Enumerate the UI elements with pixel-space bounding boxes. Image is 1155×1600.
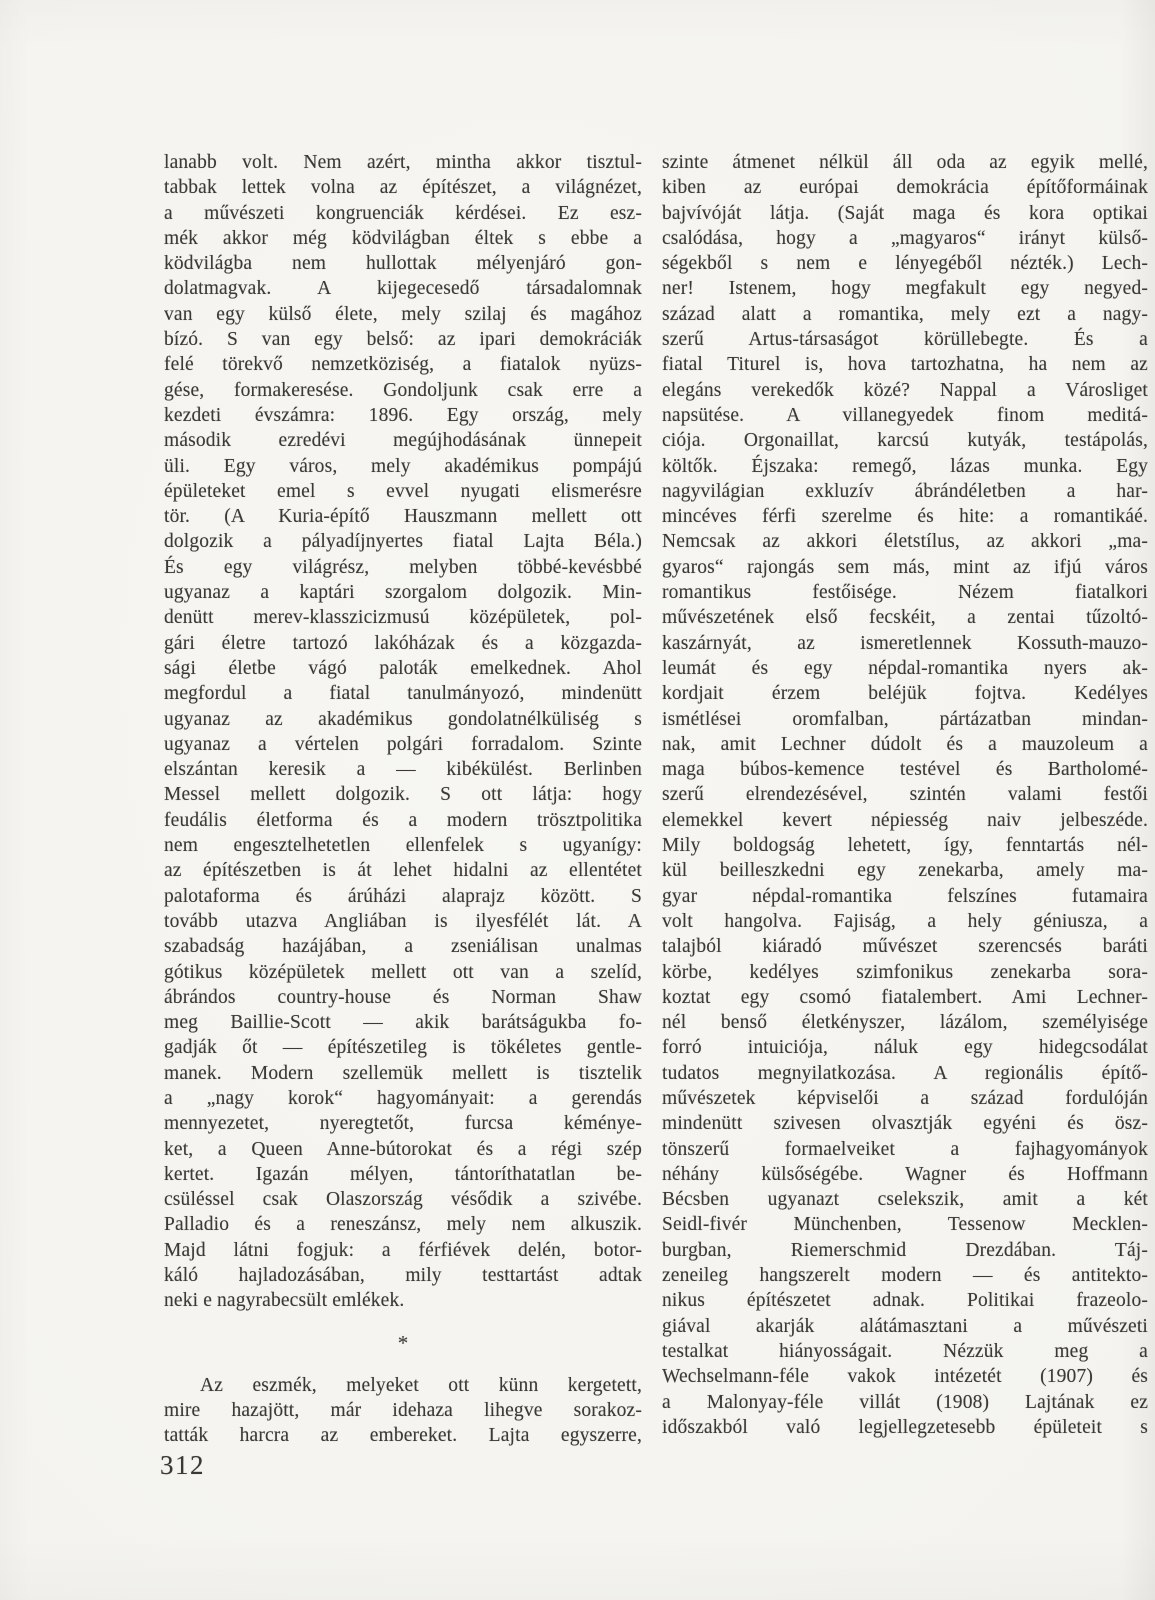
text-line: költők. Éjszaka: remegő, lázas munka. Eg…: [662, 454, 1148, 479]
text-line: csalódása, hogy a „magyaros“ irányt küls…: [662, 226, 1148, 251]
asterisk-glyph: *: [398, 1331, 409, 1356]
text-line: Wechselmann-féle vakok intézetét (1907) …: [662, 1364, 1148, 1389]
text-line: üli. Egy város, mely akadémikus pompájú: [164, 454, 642, 479]
text-line: káló hajladozásában, mily testtartást ad…: [164, 1263, 642, 1288]
text-line: elegáns verekedők közé? Nappal a Városli…: [662, 378, 1148, 403]
text-line: művészetének első fecskéit, a zentai tűz…: [662, 605, 1148, 630]
text-line: gése, formakeresése. Gondoljunk csak err…: [164, 378, 642, 403]
text-line: szinte átmenet nélkül áll oda az egyik m…: [662, 150, 1148, 175]
text-line: szabadság hazájában, a zseniálisan unalm…: [164, 934, 642, 959]
text-line: meg Baillie-Scott — akik barátságukba fo…: [164, 1010, 642, 1035]
right-text-block: szinte átmenet nélkül áll oda az egyik m…: [662, 150, 1148, 1440]
text-line: ségekből s nem e lényegéből nézték.) Lec…: [662, 251, 1148, 276]
text-line: neki e nagyrabecsült emlékek.: [164, 1288, 642, 1313]
text-line: Nemcsak az akkori életstílus, az akkori …: [662, 529, 1148, 554]
text-line: körbe, kedélyes szimfonikus zenekarba so…: [662, 960, 1148, 985]
text-line: ugyanaz a kaptári szorgalom dolgozik. Mi…: [164, 580, 642, 605]
text-line: bízó. S van egy belső: az ipari demokrác…: [164, 327, 642, 352]
text-line: Bécsben ugyanazt cselekszik, amit a két: [662, 1187, 1148, 1212]
text-line: tatták harcra az embereket. Lajta egysze…: [164, 1423, 642, 1448]
text-line: gadják őt — építészetileg is tökéletes g…: [164, 1035, 642, 1060]
text-line: gyaros“ rajongás sem más, mint az ifjú v…: [662, 555, 1148, 580]
text-line: felé törekvő nemzetköziség, a fiatalok n…: [164, 352, 642, 377]
text-line: ábrándos country-house és Norman Shaw: [164, 985, 642, 1010]
text-line: Az eszmék, melyeket ott künn kergetett,: [164, 1373, 642, 1398]
section-separator: *: [164, 1314, 642, 1373]
text-line: Messel mellett dolgozik. S ott látja: ho…: [164, 782, 642, 807]
text-line: kordjait érzem beléjük fojtva. Kedélyes: [662, 681, 1148, 706]
text-line: időszakból való legjellegzetesebb épület…: [662, 1415, 1148, 1440]
text-line: bajvívóját látja. (Saját maga és kora op…: [662, 201, 1148, 226]
text-line: század alatt a romantika, mely ezt a nag…: [662, 302, 1148, 327]
text-line: giával akarják alátámasztani a művészeti: [662, 1314, 1148, 1339]
text-line: néhány külsőségébe. Wagner és Hoffmann: [662, 1162, 1148, 1187]
text-line: Seidl-fivér Münchenben, Tessenow Mecklen…: [662, 1212, 1148, 1237]
text-line: szerű elrendezésével, szintén valami fes…: [662, 782, 1148, 807]
text-line: gótikus középületek mellett ott van a sz…: [164, 960, 642, 985]
text-line: második ezredévi megújhodásának ünnepeit: [164, 428, 642, 453]
text-line: nikus építészetet adnak. Politikai fraze…: [662, 1288, 1148, 1313]
text-line: volt hangolva. Fajiság, a hely géniusza,…: [662, 909, 1148, 934]
text-line: fiatal Titurel is, hova tartozhatna, ha …: [662, 352, 1148, 377]
text-line: maga búbos-kemence testével és Bartholom…: [662, 757, 1148, 782]
text-line: kaszárnyát, az ismeretlennek Kossuth-mau…: [662, 631, 1148, 656]
text-line: mindenütt szivesen olvasztják egyéni és …: [662, 1111, 1148, 1136]
text-line: az építészetben is át lehet hidalni az e…: [164, 858, 642, 883]
text-line: nem engesztelhetetlen ellenfelek s ugyan…: [164, 833, 642, 858]
text-line: kertet. Igazán mélyen, tántoríthatatlan …: [164, 1162, 642, 1187]
text-line: elszántan keresik a — kibékülést. Berlin…: [164, 757, 642, 782]
text-line: És egy világrész, melyben többé-kevésbbé: [164, 555, 642, 580]
text-line: Majd látni fogjuk: a férfiévek delén, bo…: [164, 1238, 642, 1263]
text-line: forró intuiciója, náluk egy hidegcsodála…: [662, 1035, 1148, 1060]
text-line: talajból kiáradó művészet szerencsés bar…: [662, 934, 1148, 959]
text-line: ismétlései oromfalban, pártázatban minda…: [662, 707, 1148, 732]
text-line: mennyezetet, nyeregtetőt, furcsa kéménye…: [164, 1111, 642, 1136]
text-line: tovább utazva Angliában is ilyesfélét lá…: [164, 909, 642, 934]
text-line: megfordul a fiatal tanulmányozó, mindenü…: [164, 681, 642, 706]
text-line: feudális életforma és a modern trösztpol…: [164, 808, 642, 833]
text-line: testalkat hiányosságait. Nézzük meg a: [662, 1339, 1148, 1364]
text-line: mincéves férfi szerelme és hite: a roman…: [662, 504, 1148, 529]
text-line: szerű Artus-társaságot körüllebegte. És …: [662, 327, 1148, 352]
text-line: tudatos megnyilatkozása. A regionális ép…: [662, 1061, 1148, 1086]
text-line: sági életbe vágó paloták emelkednek. Aho…: [164, 656, 642, 681]
text-line: van egy külső élete, mely szilaj és magá…: [164, 302, 642, 327]
text-line: kiben az európai demokrácia építőformáin…: [662, 175, 1148, 200]
text-line: nak, amit Lechner dúdolt és a mauzoleum …: [662, 732, 1148, 757]
text-line: koztat egy csomó fiatalembert. Ami Lechn…: [662, 985, 1148, 1010]
right-column: szinte átmenet nélkül áll oda az egyik m…: [662, 150, 1148, 1440]
text-line: tönszerű formaelveiket a fajhagyományok: [662, 1137, 1148, 1162]
text-line: ket, a Queen Anne-bútorokat és a régi sz…: [164, 1137, 642, 1162]
text-line: romantikus festőisége. Nézem fiatalkori: [662, 580, 1148, 605]
text-line: a művészeti kongruenciák kérdései. Ez es…: [164, 201, 642, 226]
text-line: nagyvilágian exkluzív ábrándéletben a ha…: [662, 479, 1148, 504]
text-line: napsütése. A villanegyedek finom meditá-: [662, 403, 1148, 428]
text-line: kül beilleszkedni egy zenekarba, amely m…: [662, 858, 1148, 883]
text-line: manek. Modern szellemük mellett is tiszt…: [164, 1061, 642, 1086]
text-line: a Malonyay-féle villát (1908) Lajtának e…: [662, 1390, 1148, 1415]
text-line: dolatmagvak. A kijegecesedő társadalomna…: [164, 276, 642, 301]
text-line: gári életre tartozó lakóházak és a közga…: [164, 631, 642, 656]
text-line: csüléssel csak Olaszország vésődik a szi…: [164, 1187, 642, 1212]
text-line: palotaforma és árúházi alaprajz között. …: [164, 884, 642, 909]
text-line: denütt merev-klasszicizmusú középületek,…: [164, 605, 642, 630]
text-line: tör. (A Kuria-építő Hauszmann mellett ot…: [164, 504, 642, 529]
left-column: lanabb volt. Nem azért, mintha akkor tis…: [164, 150, 642, 1449]
text-line: művészetek képviselői a század fordulójá…: [662, 1086, 1148, 1111]
text-line: ner! Istenem, hogy megfakult egy negyed-: [662, 276, 1148, 301]
text-line: nél benső életkényszer, lázálom, személy…: [662, 1010, 1148, 1035]
text-line: épületeket emel s evvel nyugati elismeré…: [164, 479, 642, 504]
text-line: kezdeti évszámra: 1896. Egy ország, mely: [164, 403, 642, 428]
text-line: Mily boldogság lehetett, így, fenntartás…: [662, 833, 1148, 858]
text-line: lanabb volt. Nem azért, mintha akkor tis…: [164, 150, 642, 175]
text-line: mire hazajött, már idehaza lihegve sorak…: [164, 1398, 642, 1423]
text-line: Palladio és a reneszánsz, mely nem alkus…: [164, 1212, 642, 1237]
text-line: zeneileg hangszerelt modern — és antitek…: [662, 1263, 1148, 1288]
text-line: ködvilágba nem hullottak mélyenjáró gon-: [164, 251, 642, 276]
text-line: elemekkel kevert népiesség naiv jelbeszé…: [662, 808, 1148, 833]
text-line: leumát és egy népdal-romantika nyers ak-: [662, 656, 1148, 681]
text-line: ciója. Orgonaillat, karcsú kutyák, testá…: [662, 428, 1148, 453]
text-line: mék akkor még ködvilágban éltek s ebbe a: [164, 226, 642, 251]
page: lanabb volt. Nem azért, mintha akkor tis…: [0, 0, 1155, 1600]
text-line: gyar népdal-romantika felszínes futamair…: [662, 884, 1148, 909]
left-text-block-2: Az eszmék, melyeket ott künn kergetett,m…: [164, 1373, 642, 1449]
text-line: a „nagy korok“ hagyományait: a gerendás: [164, 1086, 642, 1111]
left-text-block-1: lanabb volt. Nem azért, mintha akkor tis…: [164, 150, 642, 1314]
text-line: ugyanaz az akadémikus gondolatnélküliség…: [164, 707, 642, 732]
text-line: tabbak lettek volna az építészet, a vilá…: [164, 175, 642, 200]
page-number: 312: [160, 1450, 205, 1481]
text-line: ugyanaz a vértelen polgári forradalom. S…: [164, 732, 642, 757]
text-line: burgban, Riemerschmid Drezdában. Táj-: [662, 1238, 1148, 1263]
text-line: dolgozik a pályadíjnyertes fiatal Lajta …: [164, 529, 642, 554]
